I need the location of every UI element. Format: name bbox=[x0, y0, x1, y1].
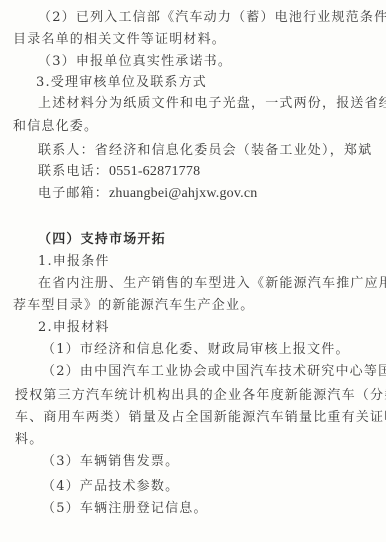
contact-email: 电子邮箱：zhuangbei@ahjxw.gov.cn bbox=[38, 186, 257, 202]
contact-email-value: zhuangbei@ahjxw.gov.cn bbox=[109, 186, 257, 201]
paragraph-submission-line-1: 上述材料分为纸质文件和电子光盘，一式两份，报送省经济 bbox=[38, 96, 386, 112]
contact-email-label: 电子邮箱： bbox=[38, 186, 109, 201]
paragraph-conditions-line-2: 荐车型目录》的新能源汽车生产企业。 bbox=[13, 298, 254, 314]
materials-item-5: （5）车辆注册登记信息。 bbox=[42, 501, 208, 517]
item-3: （3）申报单位真实性承诺书。 bbox=[38, 54, 232, 70]
contact-phone-label: 联系电话： bbox=[38, 164, 109, 179]
subheading-conditions: 1.申报条件 bbox=[38, 254, 110, 270]
subheading-materials: 2.申报材料 bbox=[38, 320, 110, 336]
paragraph-submission-line-2: 和信息化委。 bbox=[13, 119, 98, 135]
materials-item-2-line-4: 料。 bbox=[15, 432, 43, 448]
contact-phone: 联系电话：0551-62871778 bbox=[38, 164, 200, 180]
item-2-line-2: 目录名单的相关文件等证明材料。 bbox=[13, 32, 226, 48]
materials-item-2-line-1: （2）由中国汽车工业协会或中国汽车技术研究中心等国家 bbox=[42, 364, 386, 380]
item-2-line-1: （2）已列入工信部《汽车动力（蓄）电池行业规范条件》 bbox=[38, 10, 386, 26]
contact-person: 联系人：省经济和信息化委员会（装备工业处），郑斌 bbox=[38, 143, 372, 159]
document-page: （2）已列入工信部《汽车动力（蓄）电池行业规范条件》 目录名单的相关文件等证明材… bbox=[0, 0, 386, 542]
materials-item-2-line-3: 车、商用车两类）销量及占全国新能源汽车销量比重有关证明材 bbox=[15, 410, 386, 426]
contact-phone-value: 0551-62871778 bbox=[109, 164, 200, 179]
materials-item-1: （1）市经济和信息化委、财政局审核上报文件。 bbox=[42, 342, 350, 358]
materials-item-2-line-2: 授权第三方汽车统计机构出具的企业各年度新能源汽车（分乘用 bbox=[15, 388, 386, 404]
section-heading-market-expansion: （四）支持市场开拓 bbox=[38, 232, 166, 248]
materials-item-4: （4）产品技术参数。 bbox=[42, 479, 179, 495]
materials-item-3: （3）车辆销售发票。 bbox=[42, 454, 179, 470]
paragraph-conditions-line-1: 在省内注册、生产销售的车型进入《新能源汽车推广应用推 bbox=[38, 276, 386, 292]
subheading-contact: 3.受理审核单位及联系方式 bbox=[36, 75, 207, 91]
